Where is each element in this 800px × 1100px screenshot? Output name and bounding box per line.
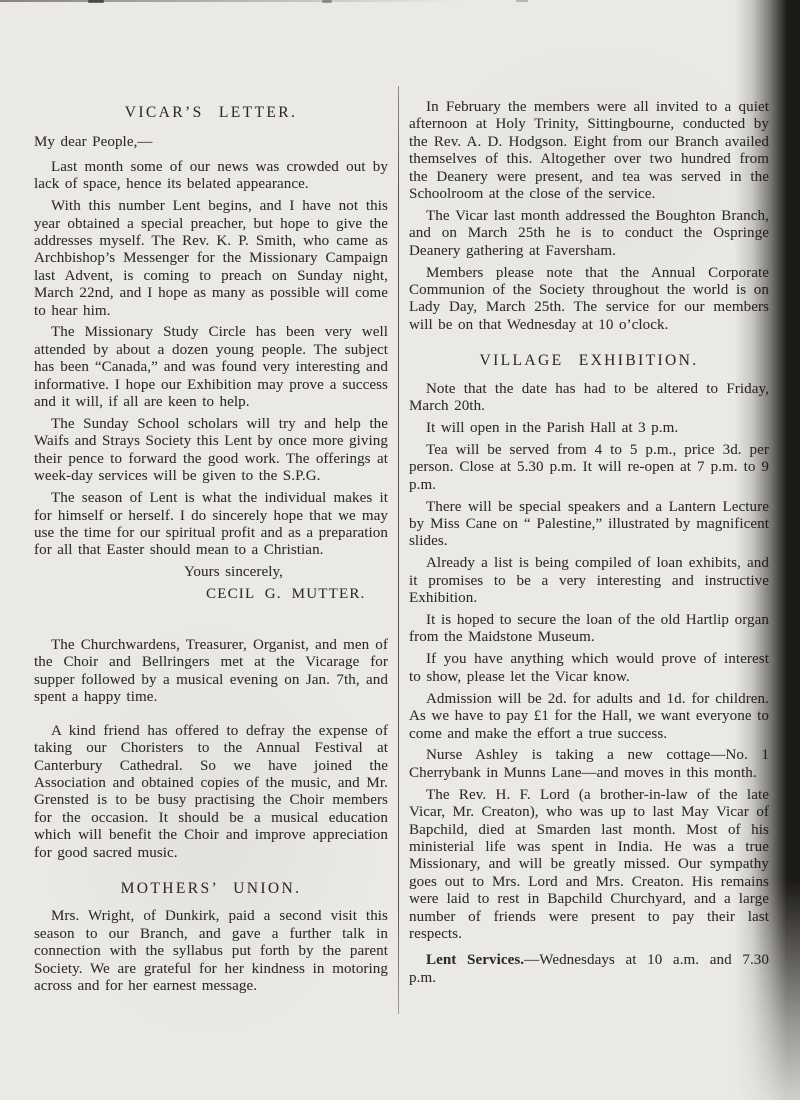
paragraph: The Missionary Study Circle has been ver… xyxy=(34,324,388,411)
paragraph: Last month some of our news was crowded … xyxy=(34,159,388,194)
paragraph: Admission will be 2d. for adults and 1d.… xyxy=(409,691,769,743)
paragraph: If you have anything which would prove o… xyxy=(409,651,769,686)
village-exhibition-heading: VILLAGE EXHIBITION. xyxy=(409,352,769,369)
paragraph: Tea will be served from 4 to 5 p.m., pri… xyxy=(409,442,769,494)
paragraph: Already a list is being compiled of loan… xyxy=(409,555,769,607)
mothers-union-heading: MOTHERS’ UNION. xyxy=(34,880,388,897)
paragraph: The Rev. H. F. Lord (a brother-in-law of… xyxy=(409,787,769,944)
left-column: VICAR’S LETTER. My dear People,— Last mo… xyxy=(34,104,388,1000)
paragraph: Mrs. Wright, of Dunkirk, paid a second v… xyxy=(34,908,388,995)
paragraph: It is hoped to secure the loan of the ol… xyxy=(409,612,769,647)
paragraph: There will be special speakers and a Lan… xyxy=(409,499,769,551)
scan-top-edge-mark xyxy=(0,0,460,2)
vicars-letter-heading: VICAR’S LETTER. xyxy=(34,104,388,121)
signoff: Yours sincerely, xyxy=(184,564,388,581)
scan-speck xyxy=(516,0,528,2)
paragraph: Members please note that the Annual Corp… xyxy=(409,265,769,335)
lent-services-notice: Lent Services.—Wednesdays at 10 a.m. and… xyxy=(409,952,769,987)
paragraph: Note that the date has had to be altered… xyxy=(409,381,769,416)
lent-services-lead: Lent Services. xyxy=(426,952,524,968)
paragraph: The Vicar last month addressed the Bough… xyxy=(409,208,769,260)
scanned-parish-magazine-page: { "page": { "paper_color": "#eae9e5", "i… xyxy=(0,0,800,1100)
paragraph: It will open in the Parish Hall at 3 p.m… xyxy=(409,420,769,437)
paragraph: In February the members were all invited… xyxy=(409,99,769,203)
salutation: My dear People,— xyxy=(34,134,388,151)
scan-speck xyxy=(322,0,332,3)
paragraph: The Churchwardens, Treasurer, Organist, … xyxy=(34,637,388,707)
right-column: In February the members were all invited… xyxy=(409,99,769,992)
paragraph: The Sunday School scholars will try and … xyxy=(34,416,388,486)
scan-speck xyxy=(88,0,104,3)
column-divider-rule xyxy=(398,86,399,1014)
signature: CECIL G. MUTTER. xyxy=(206,586,388,603)
paragraph: A kind friend has offered to defray the … xyxy=(34,723,388,862)
paragraph: With this number Lent begins, and I have… xyxy=(34,198,388,320)
paragraph: The season of Lent is what the individua… xyxy=(34,490,388,560)
paragraph: Nurse Ashley is taking a new cottage—No.… xyxy=(409,747,769,782)
